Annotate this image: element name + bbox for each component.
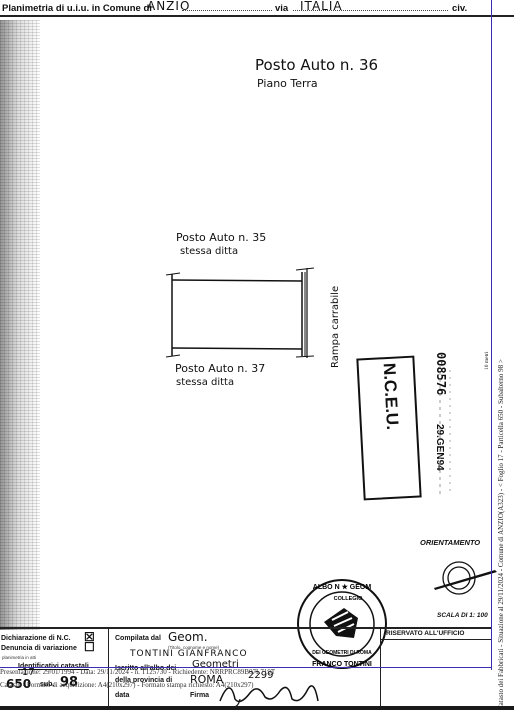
page-border-bottom (0, 667, 492, 668)
firma-label: Firma (190, 692, 209, 699)
svg-text:ALBO N ★ GEOM: ALBO N ★ GEOM (313, 583, 372, 591)
signature (210, 671, 330, 710)
neighbor-top-title: Posto Auto n. 35 (176, 231, 266, 244)
header: Planimetria di u.i.u. in Comune di ANZIO… (0, 0, 514, 16)
drawing-subtitle: Piano Terra (257, 77, 318, 90)
label-civ: civ. (452, 3, 467, 14)
faded-stamp-marks (420, 360, 455, 500)
page-border-right (491, 0, 492, 670)
neighbor-top-sub: stessa ditta (180, 246, 238, 257)
dotted-fill (182, 10, 272, 11)
denuncia-checkbox[interactable]: ☐ (84, 640, 95, 654)
data-label: data (115, 692, 129, 699)
footer-rule (0, 627, 492, 629)
nceu-stamp: N.C.E.U. (356, 356, 421, 501)
scale-label: SCALA DI 1: 100 (437, 612, 488, 619)
riservato-rule (380, 639, 492, 640)
stamp-office: N.C.E.U. (379, 362, 402, 430)
svg-text:COLLEGIO: COLLEGIO (334, 596, 363, 602)
parking-space-plan (160, 260, 330, 370)
side-catasto-text: Catasto dei Fabbricati - Situazione al 2… (497, 359, 505, 710)
compilata-value: Geom. (168, 630, 208, 644)
scale-value: 100 (477, 612, 488, 619)
comune-value: ANZIO (147, 0, 190, 13)
label-via: via (275, 3, 288, 14)
orientation-label: ORIENTAMENTO (420, 538, 480, 547)
dichiarazione-label: Dichiarazione di N.C. (1, 635, 71, 642)
neighbor-bottom-sub: stessa ditta (176, 377, 234, 388)
denuncia-label: Denuncia di variazione (1, 645, 77, 652)
overlay-line-1: Presentazione: 29/01/1994 - Data: 29/11/… (0, 668, 275, 676)
ramp-label: Rampa carrabile (330, 286, 341, 368)
scan-edge-shadow (0, 20, 40, 630)
overlay-line-2: Catasto - Formato di acquisizione: A4(21… (0, 681, 254, 689)
label-comune: Planimetria di u.i.u. in Comune di (2, 3, 152, 14)
header-rule (0, 15, 514, 17)
riservato-label: RISERVATO ALL'UFFICIO (386, 630, 464, 637)
side-scale-note: 10 metri (484, 352, 490, 370)
nome-value: TONTINI GIANFRANCO (130, 649, 248, 659)
drawing-title: Posto Auto n. 36 (255, 56, 378, 74)
via-value: ITALIA (300, 0, 343, 13)
planimetria-note: planimetria in atti (2, 655, 36, 660)
compilata-label: Compilata dal (115, 635, 161, 642)
scan-bottom-edge (0, 706, 514, 710)
scale-prefix: SCALA DI 1: (437, 612, 475, 619)
